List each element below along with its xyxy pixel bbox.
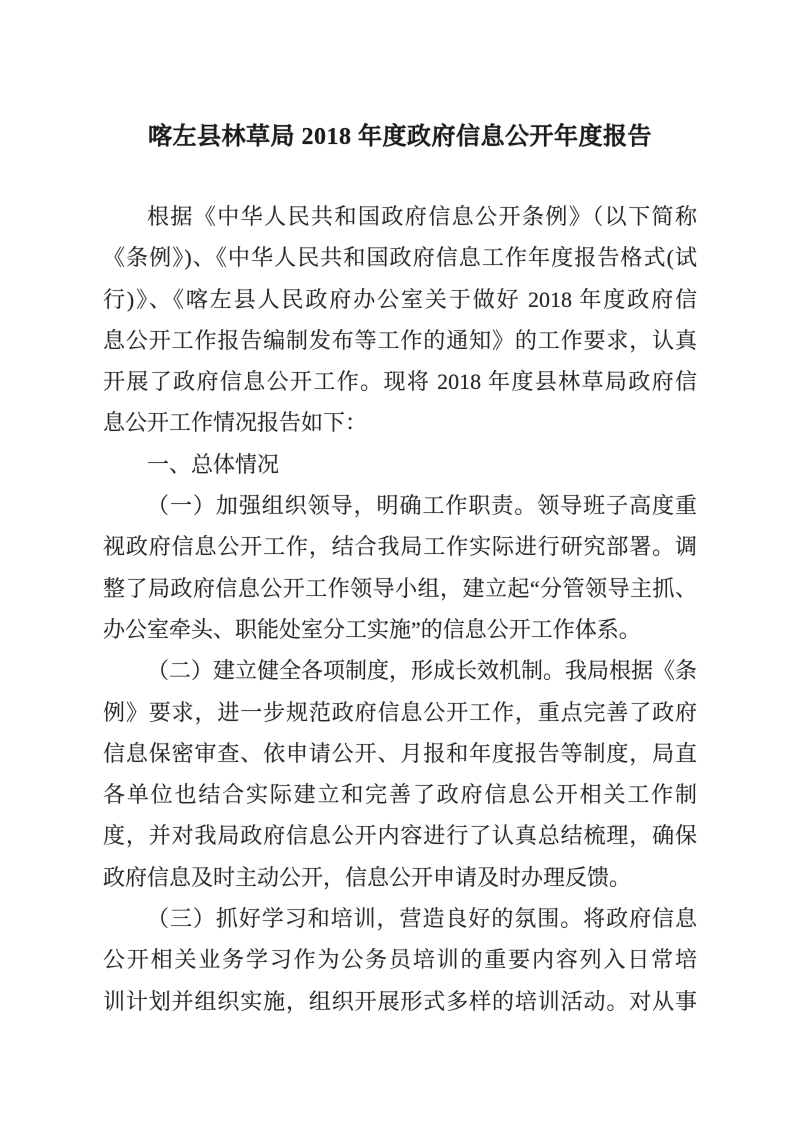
text-line: （一）加强组织领导，明确工作职责。领导班子高度重: [103, 485, 697, 526]
section-heading: 一、总体情况: [103, 444, 697, 485]
text-line: （三）抓好学习和培训，营造良好的氛围。将政府信息: [103, 898, 697, 939]
text-line: 各单位也结合实际建立和完善了政府信息公开相关工作制: [103, 774, 697, 815]
text-line: 根据《中华人民共和国政府信息公开条例》（以下简称: [103, 196, 697, 237]
text-line: 行)》、《喀左县人民政府办公室关于做好 2018 年度政府信: [103, 279, 697, 320]
text-line: 办公室牵头、职能处室分工实施”的信息公开工作体系。: [103, 609, 697, 650]
text-line: 训计划并组织实施，组织开展形式多样的培训活动。对从事: [103, 981, 697, 1022]
text-line: 视政府信息公开工作，结合我局工作实际进行研究部署。调: [103, 526, 697, 567]
text-line: （二）建立健全各项制度，形成长效机制。我局根据《条: [103, 650, 697, 691]
text-line: 《条例》)、《中华人民共和国政府信息工作年度报告格式(试: [103, 237, 697, 278]
text-line: 息公开工作报告编制发布等工作的通知》的工作要求，认真: [103, 320, 697, 361]
text-line: 公开相关业务学习作为公务员培训的重要内容列入日常培: [103, 939, 697, 980]
text-line: 息公开工作情况报告如下：: [103, 402, 697, 443]
text-line: 例》要求，进一步规范政府信息公开工作，重点完善了政府: [103, 692, 697, 733]
text-line: 信息保密审查、依申请公开、月报和年度报告等制度，局直: [103, 733, 697, 774]
text-line: 度，并对我局政府信息公开内容进行了认真总结梳理，确保: [103, 815, 697, 856]
text-line: 开展了政府信息公开工作。现将 2018 年度县林草局政府信: [103, 361, 697, 402]
document-title: 喀左县林草局 2018 年度政府信息公开年度报告: [0, 0, 800, 154]
document-body: 根据《中华人民共和国政府信息公开条例》（以下简称 《条例》)、《中华人民共和国政…: [103, 196, 697, 1022]
text-line: 政府信息及时主动公开，信息公开申请及时办理反馈。: [103, 857, 697, 898]
text-line: 整了局政府信息公开工作领导小组，建立起“分管领导主抓、: [103, 568, 697, 609]
document-page: 喀左县林草局 2018 年度政府信息公开年度报告 根据《中华人民共和国政府信息公…: [0, 0, 800, 1130]
